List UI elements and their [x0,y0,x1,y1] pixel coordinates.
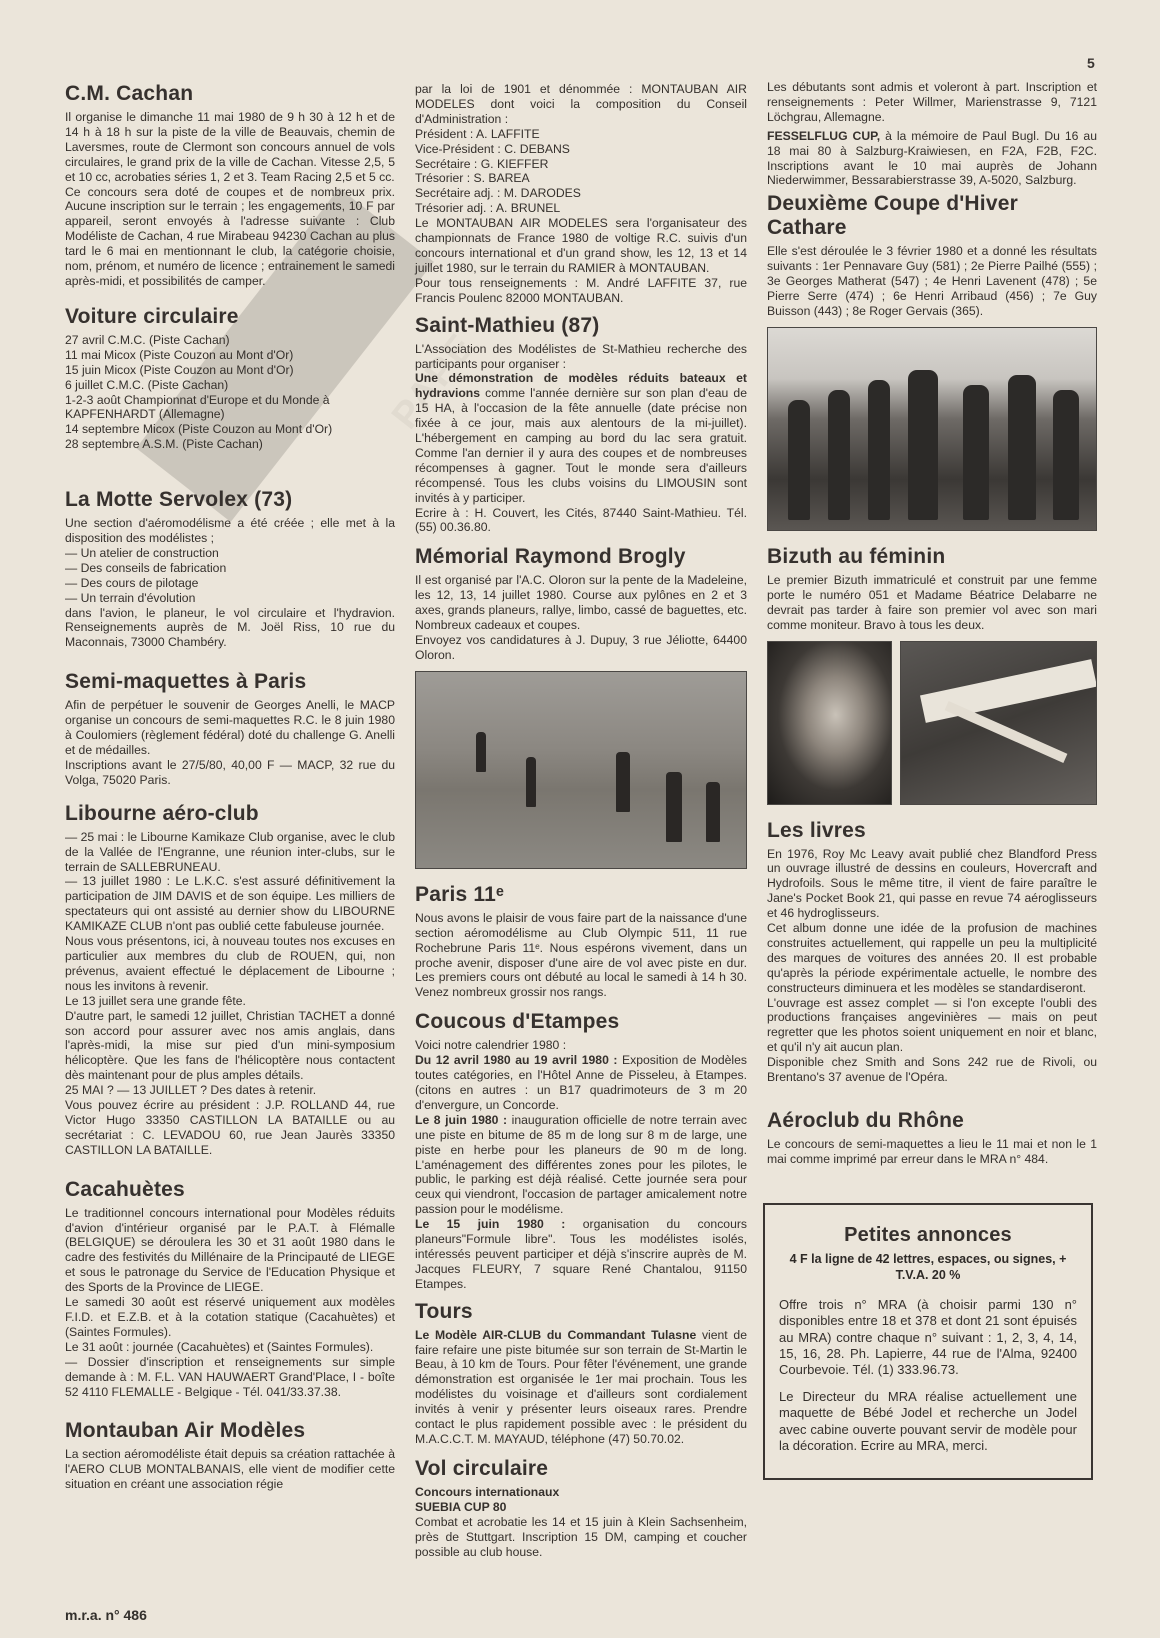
article-montauban: Montauban Air Modèles La section aéromod… [65,1419,395,1492]
subheading: Concours internationaux [415,1485,747,1500]
article-body: Il est organisé par l'A.C. Oloron sur la… [415,573,747,633]
left-column: C.M. Cachan Il organise le dimanche 11 m… [65,82,395,1506]
person-figure [828,390,850,520]
article-body: Nous vous présentons, ici, à nouveau tou… [65,934,395,994]
article-saint-mathieu: Saint-Mathieu (87) L'Association des Mod… [415,314,747,536]
article-voiture-circulaire: Voiture circulaire 27 avril C.M.C. (Pist… [65,305,395,452]
person-figure [666,772,682,842]
article-title: Libourne aéro-club [65,802,395,826]
article-title: Semi-maquettes à Paris [65,670,395,694]
article-body: La section aéromodéliste était depuis sa… [65,1447,395,1492]
article-body: Le samedi 30 août est réservé uniquement… [65,1295,395,1340]
article-les-livres: Les livres En 1976, Roy Mc Leavy avait p… [767,819,1097,1086]
article-title: Saint-Mathieu (87) [415,314,747,338]
article-montauban-continued: par la loi de 1901 et dénommée : MONTAUB… [415,82,747,306]
bold-lead: Le Modèle AIR-CLUB du Commandant Tulasne [415,1328,696,1342]
photo-row [767,641,1097,805]
article-body: Une démonstration de modèles réduits bat… [415,371,747,505]
article-aeroclub-rhone: Aéroclub du Rhône Le concours de semi-ma… [767,1109,1097,1167]
person-figure [788,400,810,520]
article-body: — 25 mai : le Libourne Kamikaze Club org… [65,830,395,875]
board-member: Trésorier adj. : A. BRUNEL [415,201,747,216]
person-figure [908,370,938,520]
article-body: Ecrire à : H. Couvert, les Cités, 87440 … [415,506,747,536]
article-title: Aéroclub du Rhône [767,1109,1097,1133]
article-coucous-etampes: Coucous d'Etampes Voici notre calendrier… [415,1010,747,1291]
photo-model-aircraft [900,641,1097,805]
person-figure [1053,390,1079,520]
article-title: Coucous d'Etampes [415,1010,747,1034]
article-body: D'autre part, le samedi 12 juillet, Chri… [65,1009,395,1084]
person-figure [868,380,890,520]
calendar-entry: Le 15 juin 1980 : organisation du concou… [415,1217,747,1292]
article-body: — 13 juillet 1980 : Le L.K.C. s'est assu… [65,874,395,934]
ads-title: Petites annonces [779,1223,1077,1247]
entry-text: inauguration officielle de notre terrain… [415,1113,747,1216]
list-item: — Des conseils de fabrication [65,561,395,576]
classified-ads-box: Petites annonces 4 F la ligne de 42 lett… [763,1203,1093,1481]
article-coupe-hiver-cathare: Deuxième Coupe d'Hiver Cathare Elle s'es… [767,192,1097,531]
list-item: — Un atelier de construction [65,546,395,561]
article-body: Le Modèle AIR-CLUB du Commandant Tulasne… [415,1328,747,1447]
list-item: — Un terrain d'évolution [65,591,395,606]
article-semi-maquettes: Semi-maquettes à Paris Afin de perpétuer… [65,670,395,787]
middle-column: par la loi de 1901 et dénommée : MONTAUB… [415,82,747,1573]
schedule-item: 27 avril C.M.C. (Piste Cachan) [65,333,395,348]
article-body: dans l'avion, le planeur, le vol circula… [65,606,395,651]
board-member: Président : A. LAFFITE [415,127,747,142]
article-body: Pour tous renseignements : M. André LAFF… [415,276,747,306]
article-body: Elle s'est déroulée le 3 février 1980 et… [767,244,1097,319]
article-title: Bizuth au féminin [767,545,1097,569]
calendar-entry: Du 12 avril 1980 au 19 avril 1980 : Expo… [415,1053,747,1113]
person-figure [963,385,989,520]
page-number: 5 [1087,55,1095,71]
article-title: C.M. Cachan [65,82,395,106]
entry-date: Le 15 juin 1980 : [415,1217,565,1231]
article-body: Le concours de semi-maquettes a lieu le … [767,1137,1097,1167]
article-body: Le premier Bizuth immatriculé et constru… [767,573,1097,633]
article-body: L'Association des Modélistes de St-Mathi… [415,342,747,372]
body-text: comme l'année dernière sur son plan d'ea… [415,386,747,504]
article-title: Les livres [767,819,1097,843]
article-la-motte-servolex: La Motte Servolex (73) Une section d'aér… [65,488,395,650]
issue-footer: m.r.a. n° 486 [65,1607,147,1623]
classified-ad: Le Directeur du MRA réalise actuellement… [779,1389,1077,1455]
article-body: Voici notre calendrier 1980 : [415,1038,747,1053]
article-title: Vol circulaire [415,1457,747,1481]
person-figure [526,757,536,807]
person-figure [616,752,630,812]
article-memorial-brogly: Mémorial Raymond Brogly Il est organisé … [415,545,747,868]
board-member: Secrétaire adj. : M. DARODES [415,186,747,201]
article-title: Tours [415,1300,747,1324]
article-body: FESSELFLUG CUP, à la mémoire de Paul Bug… [767,129,1097,189]
article-title: Cacahuètes [65,1178,395,1202]
schedule-item: 6 juillet C.M.C. (Piste Cachan) [65,378,395,393]
article-body: Il organise le dimanche 11 mai 1980 de 9… [65,110,395,185]
article-bizuth-feminin: Bizuth au féminin Le premier Bizuth imma… [767,545,1097,805]
article-body: L'ouvrage est assez complet — si l'on ex… [767,996,1097,1056]
article-body: Ce concours sera doté de coupes et de no… [65,185,395,289]
article-body: Le MONTAUBAN AIR MODELES sera l'organisa… [415,216,747,276]
schedule-item: 28 septembre A.S.M. (Piste Cachan) [65,437,395,452]
photo-flying-field [415,671,747,869]
schedule-item: 1-2-3 août Championnat d'Europe et du Mo… [65,393,395,423]
ads-pricing: 4 F la ligne de 42 lettres, espaces, ou … [779,1251,1077,1283]
plane-fuselage [945,700,1068,762]
plane-wing [920,659,1097,723]
list-item: — Des cours de pilotage [65,576,395,591]
article-body: 25 MAI ? — 13 JUILLET ? Des dates à rete… [65,1083,395,1098]
article-title: La Motte Servolex (73) [65,488,395,512]
article-title: Deuxième Coupe d'Hiver Cathare [767,192,1097,240]
article-body: — Dossier d'inscription et renseignement… [65,1355,395,1400]
article-body: Afin de perpétuer le souvenir de Georges… [65,698,395,758]
classified-ad: Offre trois n° MRA (à choisir parmi 130 … [779,1297,1077,1379]
board-member: Secrétaire : G. KIEFFER [415,157,747,172]
article-body: Une section d'aéromodélisme a été créée … [65,516,395,546]
article-body: Nous avons le plaisir de vous faire part… [415,911,747,1000]
right-column: Les débutants sont admis et voleront à p… [767,80,1097,1480]
article-body: Envoyez vos candidatures à J. Dupuy, 3 r… [415,633,747,663]
article-body: Les débutants sont admis et voleront à p… [767,80,1097,125]
article-body: Le 13 juillet sera une grande fête. [65,994,395,1009]
article-body: Cet album donne une idée de la profusion… [767,921,1097,996]
article-body: Le traditionnel concours international p… [65,1206,395,1295]
photo-woman-portrait [767,641,892,805]
board-member: Vice-Président : C. DEBANS [415,142,747,157]
article-libourne: Libourne aéro-club — 25 mai : le Libourn… [65,802,395,1158]
article-cacahuetes: Cacahuètes Le traditionnel concours inte… [65,1178,395,1400]
article-body: En 1976, Roy Mc Leavy avait publié chez … [767,847,1097,922]
article-tours: Tours Le Modèle AIR-CLUB du Commandant T… [415,1300,747,1447]
body-text: vient de faire refaire une piste bitumée… [415,1328,747,1446]
bold-lead: FESSELFLUG CUP, [767,129,880,143]
subheading: SUEBIA CUP 80 [415,1500,747,1515]
person-figure [476,732,486,772]
article-body: Vous pouvez écrire au président : J.P. R… [65,1098,395,1158]
article-vol-circulaire-continued: Les débutants sont admis et voleront à p… [767,80,1097,188]
article-body: Le 31 août : journée (Cacahuètes) et (Sa… [65,1340,395,1355]
article-title: Paris 11ᵉ [415,883,747,907]
photo-group-winners [767,327,1097,531]
entry-date: Le 8 juin 1980 : [415,1113,507,1127]
article-body: Inscriptions avant le 27/5/80, 40,00 F —… [65,758,395,788]
article-body: par la loi de 1901 et dénommée : MONTAUB… [415,82,747,127]
article-cachan: C.M. Cachan Il organise le dimanche 11 m… [65,82,395,289]
article-paris-11: Paris 11ᵉ Nous avons le plaisir de vous … [415,883,747,1000]
person-figure [1008,375,1036,520]
article-body: Disponible chez Smith and Sons 242 rue d… [767,1055,1097,1085]
calendar-entry: Le 8 juin 1980 : inauguration officielle… [415,1113,747,1217]
entry-date: Du 12 avril 1980 au 19 avril 1980 : [415,1053,617,1067]
board-member: Trésorier : S. BAREA [415,171,747,186]
article-title: Montauban Air Modèles [65,1419,395,1443]
article-vol-circulaire: Vol circulaire Concours internationaux S… [415,1457,747,1560]
schedule-item: 14 septembre Micox (Piste Couzon au Mont… [65,422,395,437]
person-figure [706,782,720,842]
article-body: Combat et acrobatie les 14 et 15 juin à … [415,1515,747,1560]
article-title: Voiture circulaire [65,305,395,329]
schedule-item: 15 juin Micox (Piste Couzon au Mont d'Or… [65,363,395,378]
article-title: Mémorial Raymond Brogly [415,545,747,569]
schedule-item: 11 mai Micox (Piste Couzon au Mont d'Or) [65,348,395,363]
